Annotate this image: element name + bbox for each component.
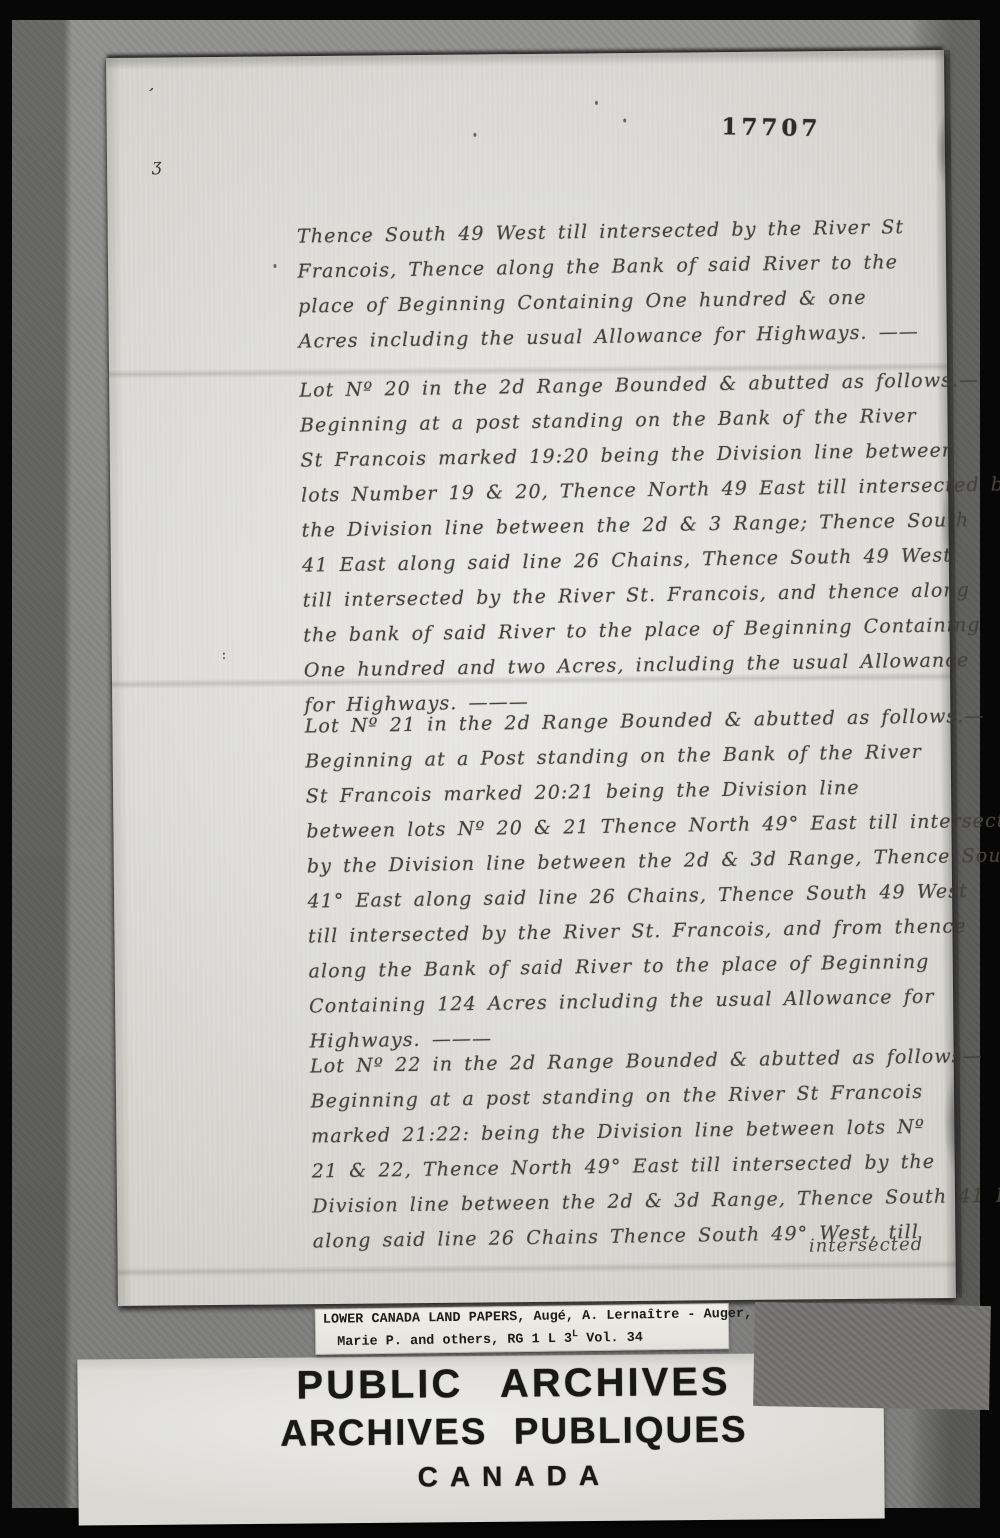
ink-mark: ʒ (152, 156, 162, 176)
ink-mark: ’ (143, 84, 156, 103)
manuscript-paragraph-lot21: Lot Nº 21 in the 2d Range Bounded & abut… (304, 700, 949, 1060)
manuscript-page: 17707 ’ ʒ : Thence South 49 West till in… (106, 50, 956, 1306)
archive-label-volume: Vol. 34 (578, 1331, 643, 1347)
archive-reference-label: LOWER CANADA LAND PAPERS, Augé, A. Lerna… (315, 1303, 730, 1355)
manuscript-catchword: intersected (809, 1234, 924, 1257)
ink-mark: : (221, 647, 226, 663)
scanner-mat: 17707 ’ ʒ : Thence South 49 West till in… (12, 20, 980, 1508)
manuscript-paragraph-lot20: Lot Nº 20 in the 2d Range Bounded & abut… (299, 364, 944, 724)
archives-stamp-line-canada: CANADA (144, 1452, 884, 1500)
archive-label-line: Marie P. and others, RG 1 L 3L Vol. 34 (323, 1324, 729, 1352)
manuscript-paragraph-closing: Thence South 49 West till intersected by… (297, 210, 939, 360)
ink-speck (473, 133, 476, 137)
archival-scan: 17707 ’ ʒ : Thence South 49 West till in… (0, 0, 1000, 1538)
ink-speck (273, 264, 276, 268)
manuscript-paragraph-lot22: Lot Nº 22 in the 2d Range Bounded & abut… (310, 1039, 953, 1259)
page-number-stamp: 17707 (721, 113, 822, 142)
ink-speck (623, 118, 626, 122)
archives-stamp-line-fr: ARCHIVES PUBLIQUES (144, 1404, 884, 1458)
backing-fabric-patch (753, 1302, 991, 1410)
ink-layer: 17707 ’ ʒ : Thence South 49 West till in… (102, 47, 959, 1308)
archive-label-reference: Marie P. and others, RG 1 L 3 (337, 1332, 572, 1350)
ink-speck (595, 101, 598, 105)
